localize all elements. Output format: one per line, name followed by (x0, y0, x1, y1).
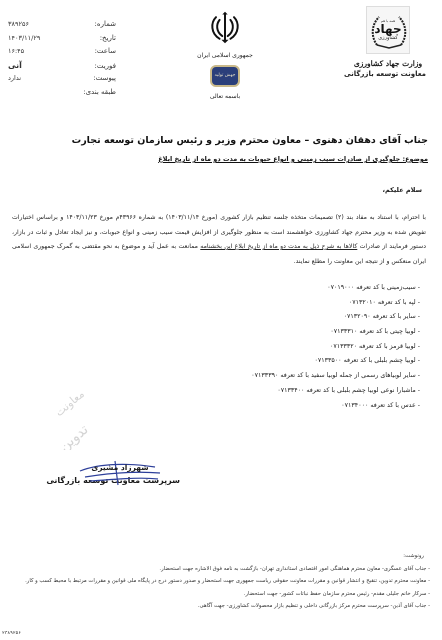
list-item: - لوبیا چشم بلبلی با کد تعرفه ۰۷۱۳۳۵۰۰ (251, 357, 420, 372)
meta-number: شماره: ۳۸۹۲۵۶ (6, 20, 116, 34)
meta-classification: طبقه بندی: (6, 88, 116, 102)
letter-meta: شماره: ۳۸۹۲۵۶ تاریخ: ۱۴۰۳/۱۱/۲۹ ساعت: ۱۶… (6, 20, 116, 101)
tariff-items-list: - سیب‌زمینی با کد تعرفه ۰۷۰۱۹۰۰۰ - لپه ب… (251, 284, 420, 416)
cc-title: رونوشت: (20, 550, 424, 563)
seal-text: جهش تولید (215, 74, 236, 79)
emblem-caption: جمهوری اسلامی ایران (195, 52, 255, 59)
document-code: ۲۳۸۹۲۵۶ (2, 631, 21, 636)
jihad-logo-icon: همه با هم جهاد کشاورزی (366, 6, 410, 54)
list-item: - سایر لوبیاهای رسمی از جمله لوبیا سفید … (251, 372, 420, 387)
wheat-wreath-icon (369, 11, 409, 51)
meta-value: ۱۶:۴۵ (6, 47, 82, 55)
meta-value: ۳۸۹۲۵۶ (6, 20, 82, 28)
cc-item: - جناب آقای آذین- سرپرست محترم مرکز بازر… (20, 600, 430, 613)
iran-emblem-icon (207, 10, 243, 46)
cc-item: - سرکار خانم جلیلی مقدم- رئیس محترم سازم… (20, 588, 430, 601)
cc-item: - جناب آقای عسگری- معاون محترم هماهنگی ا… (20, 563, 430, 576)
list-item: - ماشبارا نوعی لوبیا چشم بلبلی با کد تعر… (251, 387, 420, 402)
addressee: جناب آقای دهقان دهنوی – معاون محترم وزیر… (72, 135, 428, 146)
ministry-logo: همه با هم جهاد کشاورزی وزارت جهاد کشاورز… (350, 6, 426, 78)
meta-value: ندارد (6, 74, 82, 82)
meta-value: ۱۴۰۳/۱۱/۲۹ (6, 34, 82, 42)
signature-block: شهرزاد مشیری سرپرست معاونت توسعه بازرگان… (60, 463, 180, 485)
letter-page: معاونت حقوقی ریاست جمهوری تدوین، تنقیح و… (0, 0, 442, 640)
meta-label: ساعت: (82, 47, 116, 55)
meta-urgency: فوریت: آنی (6, 61, 116, 75)
meta-label: طبقه بندی: (82, 88, 116, 96)
list-item: - لپه با کد تعرفه ۰۷۱۳۲۰۱۰ (251, 299, 420, 314)
signatory-name: شهرزاد مشیری (60, 463, 180, 472)
meta-attachment: پیوست: ندارد (6, 74, 116, 88)
list-item: - لوبیا چیتی با کد تعرفه ۰۷۱۳۳۳۱۰ (251, 328, 420, 343)
cc-item: - معاونت محترم تدوین، تنقیح و انتشار قوا… (20, 575, 430, 588)
list-item: - سیب‌زمینی با کد تعرفه ۰۷۰۱۹۰۰۰ (251, 284, 420, 299)
seal-icon: جهش تولید (210, 65, 240, 87)
list-item: - سایر با کد تعرفه ۰۷۱۳۲۰۹۰ (251, 313, 420, 328)
meta-value: آنی (6, 61, 82, 70)
center-logo: جمهوری اسلامی ایران جهش تولید باسمه تعال… (195, 10, 255, 100)
list-item: - لوبیا قرمز با کد تعرفه ۰۷۱۳۳۳۲۰ (251, 343, 420, 358)
deputy-name: معاونت توسعه بازرگانی (350, 70, 426, 78)
list-item: - عدس با کد تعرفه ۰۷۱۳۴۰۰۰ (251, 402, 420, 417)
meta-label: پیوست: (82, 74, 116, 82)
letter-body: با احترام، با استناد به مفاد بند (۲) تصم… (12, 211, 426, 269)
greeting: سلام علیکم، (383, 186, 422, 194)
meta-label: شماره: (82, 20, 116, 28)
meta-label: تاریخ: (82, 34, 116, 42)
meta-date: تاریخ: ۱۴۰۳/۱۱/۲۹ (6, 34, 116, 48)
watermark-line1: معاونت حقوقی ریاست جمهوری (55, 387, 87, 450)
body-text-underlined: کالاها به شرح ذیل به مدت دو ماه از تاریخ… (200, 243, 357, 250)
watermark: معاونت حقوقی ریاست جمهوری تدوین، تنقیح و… (55, 300, 225, 450)
cc-list: رونوشت: - جناب آقای عسگری- معاون محترم ه… (20, 550, 430, 613)
watermark-line2: تدوین، تنقیح و انتشار قوانین و مقررات (55, 422, 92, 450)
subject-line: موضوع: جلوگیری از صادرات سیب زمینی و انو… (158, 155, 428, 163)
meta-time: ساعت: ۱۶:۴۵ (6, 47, 116, 61)
ministry-name: وزارت جهاد کشاورزی (350, 59, 426, 68)
meta-label: فوریت: (82, 62, 116, 70)
bismillah-caption: باسمه تعالی (195, 93, 255, 100)
